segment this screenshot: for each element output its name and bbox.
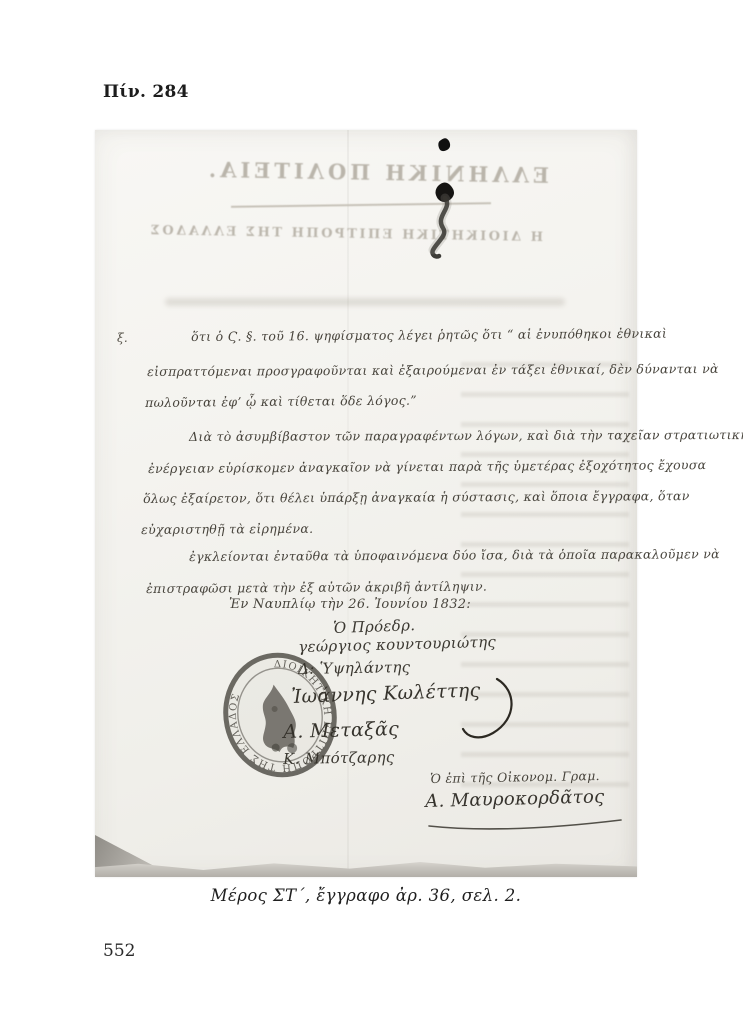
- mirrored-header-subtitle: Η ΔΙΟΙΚΗΤΙΚΗ ΕΠΙΤΡΟΠΗ ΤΗΣ ΕΛΛΑΔΟΣ: [191, 224, 543, 245]
- handwriting-line: Διὰ τὸ ἀσυμβίβαστον τῶν παραγραφέντων λό…: [189, 427, 743, 444]
- signature-flourish: [459, 675, 523, 743]
- handwriting-line: ἐπιστραφῶσι μετὰ τὴν ἐξ αὐτῶν ἀκριβῆ ἀντ…: [146, 579, 487, 596]
- ink-blot: [417, 136, 469, 268]
- margin-mark: ξ.: [117, 331, 128, 345]
- handwriting-line: εὐχαριστηθῇ τὰ εἰρημένα.: [141, 521, 313, 537]
- faded-smudge: [165, 298, 565, 306]
- secretary-title: Ὁ ἐπὶ τῆς Οἰκονομ. Γραμ.: [430, 768, 600, 786]
- torn-bottom-edge: [95, 855, 637, 877]
- handwriting-line: ὅλως ἐξαίρετον, ὅτι θέλει ὑπάρξῃ ἀναγκαί…: [143, 488, 690, 506]
- page-number: 552: [103, 941, 135, 961]
- secretary-signature: Α. Μαυροκορδᾶτος: [425, 786, 605, 812]
- mirrored-header-title: ΕΛΛΗΝΙΚΗ ΠΟΛΙΤΕΙΑ.: [213, 157, 549, 188]
- handwriting-line: πωλοῦνται ἐφ’ ᾧ καὶ τίθεται ὅδε λόγος.”: [145, 393, 417, 410]
- dateline: Ἐν Ναυπλίῳ τὴν 26. Ἰουνίου 1832:: [229, 597, 471, 612]
- plate-number-label: Πίν. 284: [103, 82, 189, 102]
- handwriting-line: εἰσπραττόμεναι προσγραφοῦνται καὶ ἐξαιρο…: [147, 361, 719, 379]
- handwriting-line: ἐγκλείονται ἐνταῦθα τὰ ὑποφαινόμενα δύο …: [189, 546, 720, 564]
- handwriting-line: ὅτι ὁ Ϛ. §. τοῦ 16. ψηφίσματος λέγει ῥητ…: [191, 326, 667, 344]
- president-title: Ὁ Πρόεδρ.: [333, 616, 416, 637]
- signature-underline-swash: [425, 816, 625, 832]
- plate-caption: Μέρος ΣΤ΄, ἔγγραφο ἀρ. 36, σελ. 2.: [95, 886, 637, 905]
- document-photograph: ΕΛΛΗΝΙΚΗ ΠΟΛΙΤΕΙΑ. Η ΔΙΟΙΚΗΤΙΚΗ ΕΠΙΤΡΟΠΗ…: [95, 130, 637, 877]
